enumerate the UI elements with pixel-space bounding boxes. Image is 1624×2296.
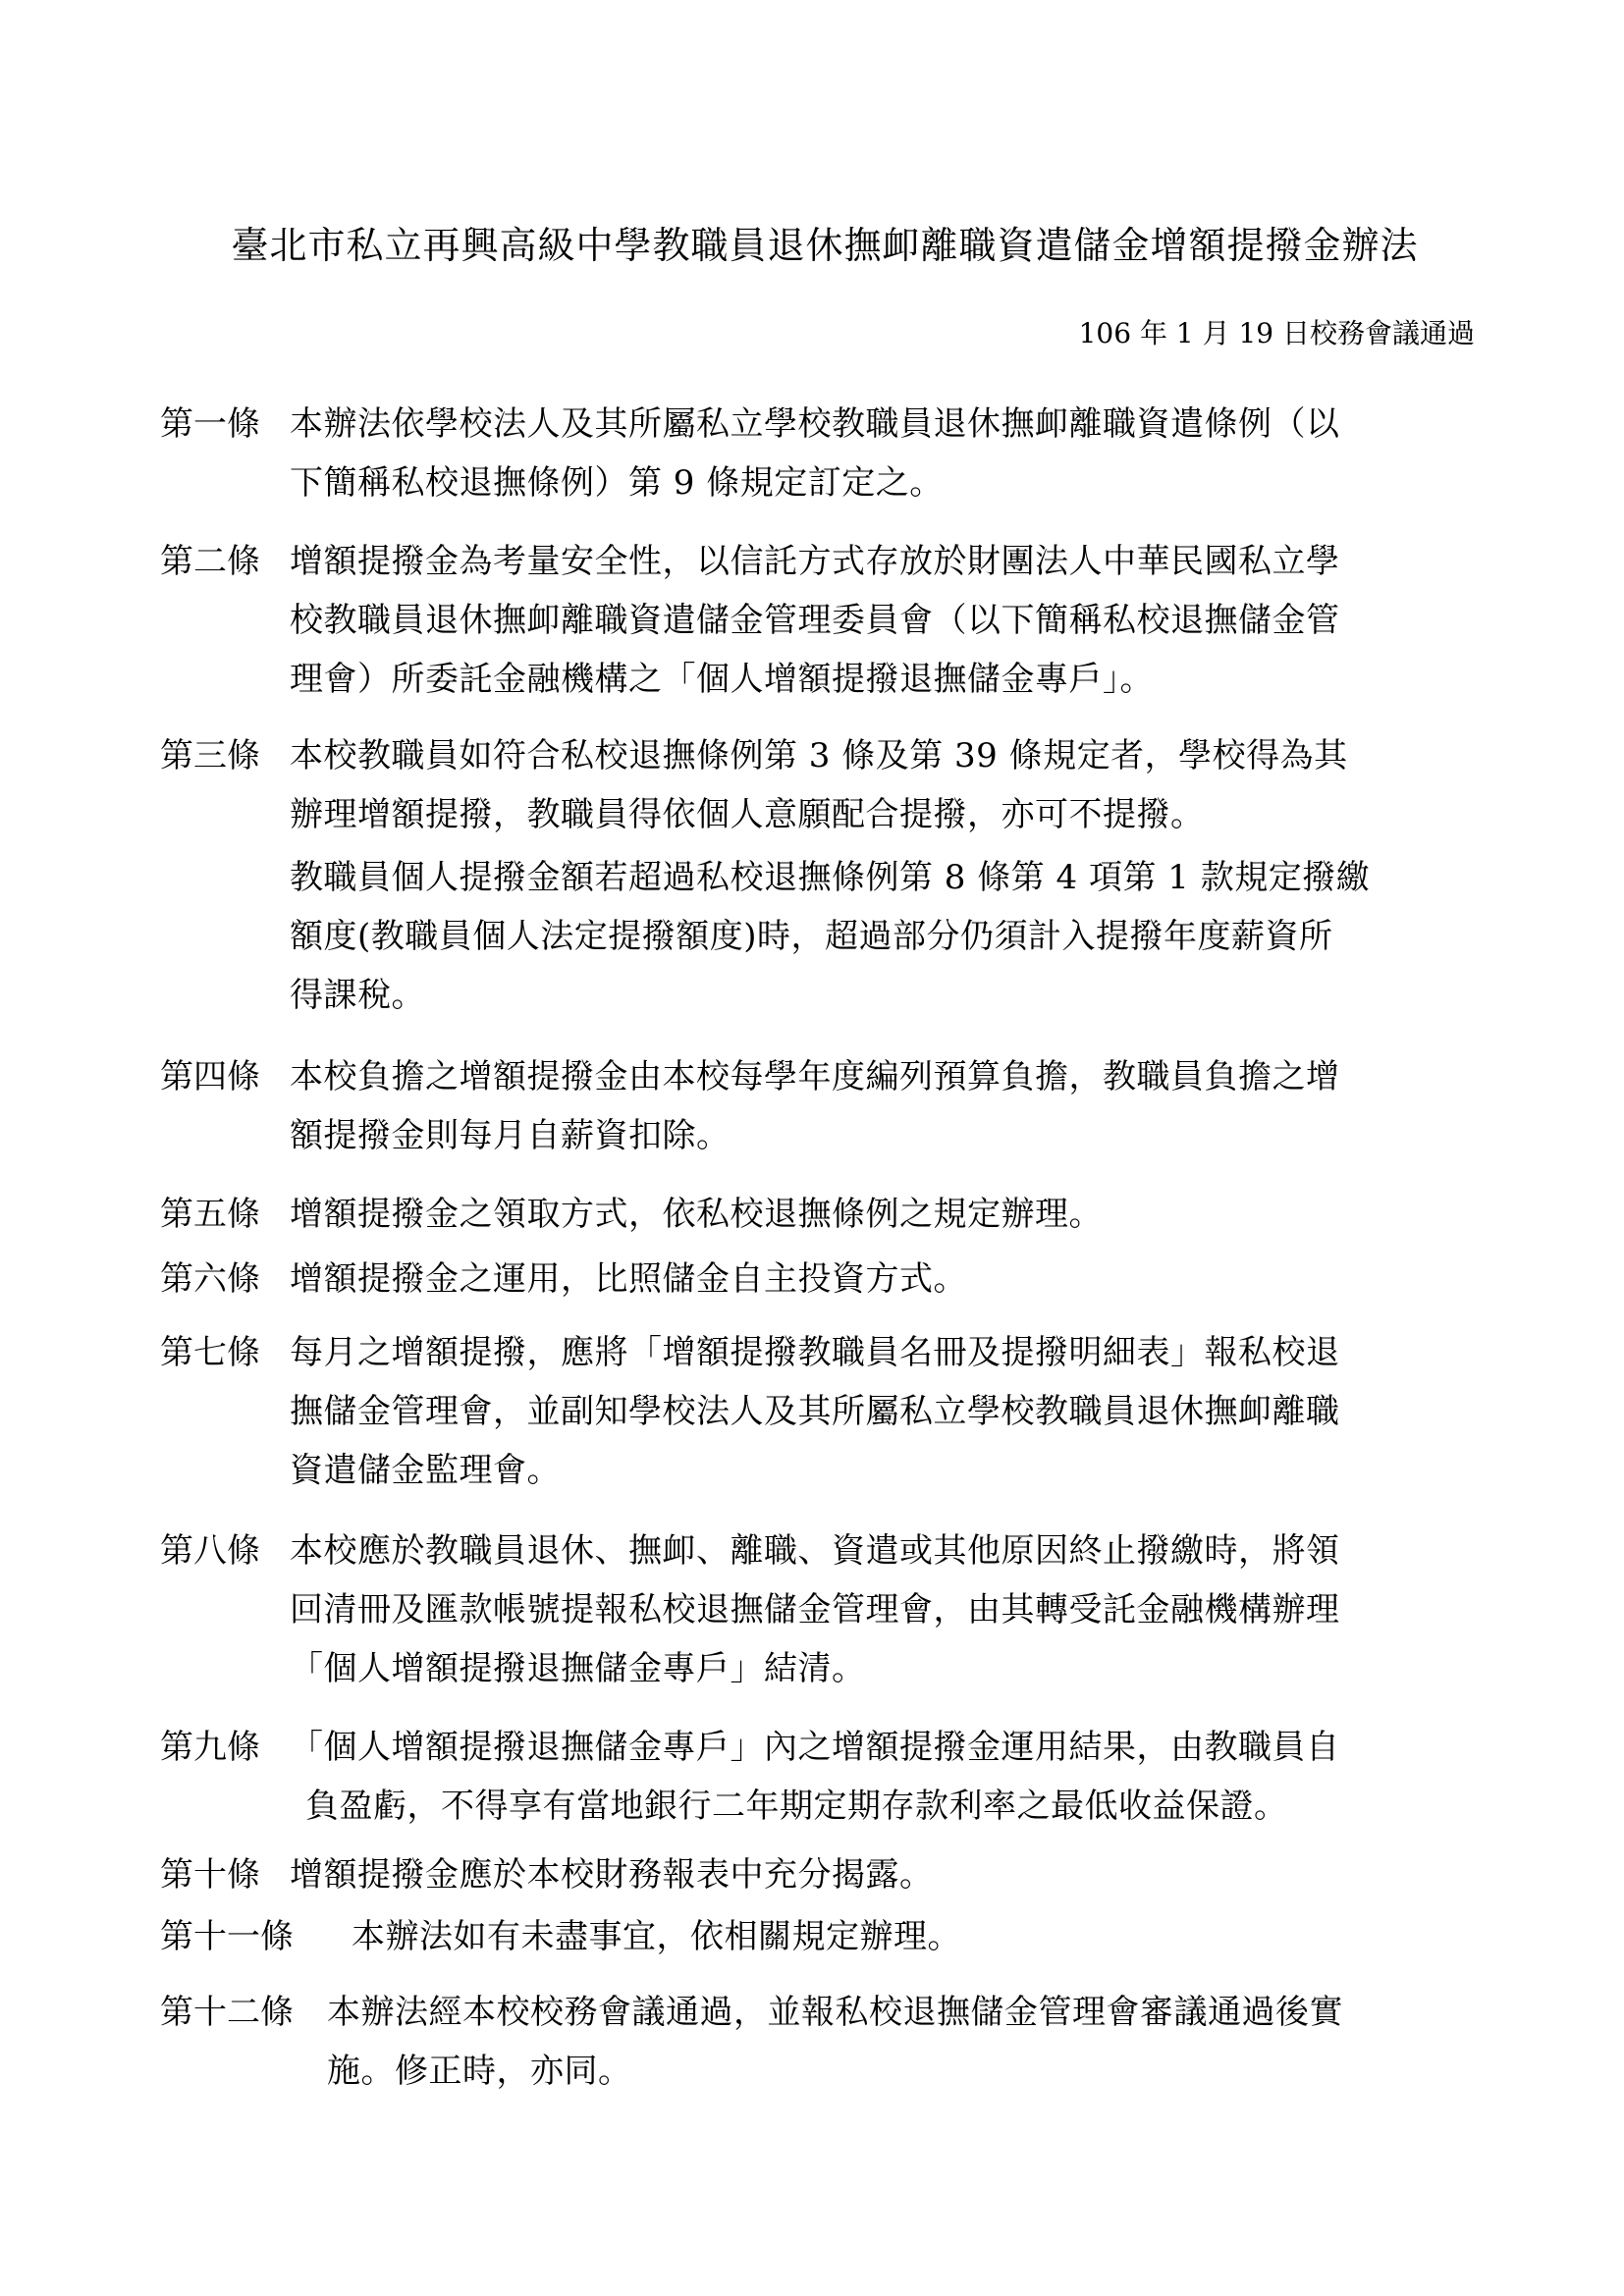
article-line: 本校負擔之增額提撥金由本校每學年度編列預算負擔，教職員負擔之增	[290, 1047, 1476, 1106]
article-body: 增額提撥金之領取方式，依私校退撫條例之規定辦理。	[290, 1185, 1476, 1244]
article-line: 增額提撥金之運用，比照儲金自主投資方式。	[290, 1250, 1476, 1308]
article-label: 第八條	[160, 1522, 260, 1580]
article-body: 本辦法如有未盡事宜，依相關規定辦理。	[352, 1907, 1476, 1966]
article-label: 第十二條	[160, 1983, 294, 2042]
article-line: 「個人增額提撥退撫儲金專戶」內之增額提撥金運用結果，由教職員自	[290, 1718, 1476, 1777]
article-body: 增額提撥金之運用，比照儲金自主投資方式。	[290, 1250, 1476, 1308]
article-12: 第十二條 本辦法經本校校務會議通過，並報私校退撫儲金管理會審議通過後實 施。修正…	[160, 1983, 1476, 2101]
article-4: 第四條 本校負擔之增額提撥金由本校每學年度編列預算負擔，教職員負擔之增 額提撥金…	[160, 1047, 1476, 1165]
article-body: 本辦法依學校法人及其所屬私立學校教職員退休撫卹離職資遣條例（以 下簡稱私校退撫條…	[290, 395, 1476, 512]
article-line: 額提撥金則每月自薪資扣除。	[290, 1106, 1476, 1165]
article-7: 第七條 每月之增額提撥，應將「增額提撥教職員名冊及提撥明細表」報私校退 撫儲金管…	[160, 1323, 1476, 1500]
article-1: 第一條 本辦法依學校法人及其所屬私立學校教職員退休撫卹離職資遣條例（以 下簡稱私…	[160, 395, 1476, 512]
article-body: 「個人增額提撥退撫儲金專戶」內之增額提撥金運用結果，由教職員自 負盈虧，不得享有…	[290, 1718, 1476, 1836]
article-label: 第二條	[160, 532, 260, 591]
article-label: 第九條	[160, 1718, 260, 1777]
article-line: 本辦法經本校校務會議通過，並報私校退撫儲金管理會審議通過後實	[327, 1983, 1476, 2042]
article-3: 第三條 本校教職員如符合私校退撫條例第 3 條及第 39 條規定者，學校得為其 …	[160, 726, 1476, 1025]
article-11: 第十一條 本辦法如有未盡事宜，依相關規定辦理。	[160, 1907, 1476, 1966]
article-line: 額度(教職員個人法定提撥額度)時，超過部分仍須計入提撥年度薪資所	[290, 907, 1476, 966]
article-2: 第二條 增額提撥金為考量安全性，以信託方式存放於財團法人中華民國私立學 校教職員…	[160, 532, 1476, 709]
article-label: 第七條	[160, 1323, 260, 1382]
article-line: 本校教職員如符合私校退撫條例第 3 條及第 39 條規定者，學校得為其	[290, 726, 1476, 785]
article-5: 第五條 增額提撥金之領取方式，依私校退撫條例之規定辦理。	[160, 1185, 1476, 1244]
article-line: 增額提撥金之領取方式，依私校退撫條例之規定辦理。	[290, 1185, 1476, 1244]
article-line: 得課稅。	[290, 966, 1476, 1025]
article-line: 負盈虧，不得享有當地銀行二年期定期存款利率之最低收益保證。	[305, 1777, 1476, 1836]
article-line: 回清冊及匯款帳號提報私校退撫儲金管理會，由其轉受託金融機構辦理	[290, 1580, 1476, 1639]
article-label: 第三條	[160, 726, 260, 785]
article-line: 「個人增額提撥退撫儲金專戶」結清。	[290, 1639, 1476, 1698]
article-line: 校教職員退休撫卹離職資遣儲金管理委員會（以下簡稱私校退撫儲金管	[290, 591, 1476, 650]
article-body: 本校負擔之增額提撥金由本校每學年度編列預算負擔，教職員負擔之增 額提撥金則每月自…	[290, 1047, 1476, 1165]
approval-date: 106 年 1 月 19 日校務會議通過	[1079, 312, 1475, 355]
article-label: 第四條	[160, 1047, 260, 1106]
article-label: 第一條	[160, 395, 260, 454]
article-label: 第五條	[160, 1185, 260, 1244]
article-line: 下簡稱私校退撫條例）第 9 條規定訂定之。	[290, 454, 1476, 512]
article-body: 增額提撥金為考量安全性，以信託方式存放於財團法人中華民國私立學 校教職員退休撫卹…	[290, 532, 1476, 709]
article-line: 理會）所委託金融機構之「個人增額提撥退撫儲金專戶」。	[290, 650, 1476, 709]
article-body: 本校應於教職員退休、撫卹、離職、資遣或其他原因終止撥繳時，將領 回清冊及匯款帳號…	[290, 1522, 1476, 1698]
article-line: 資遣儲金監理會。	[290, 1441, 1476, 1500]
article-line: 辦理增額提撥，教職員得依個人意願配合提撥，亦可不提撥。	[290, 785, 1476, 844]
article-label: 第六條	[160, 1250, 260, 1308]
document-title: 臺北市私立再興高級中學教職員退休撫卹離職資遣儲金增額提撥金辦法	[177, 218, 1473, 273]
article-body: 本校教職員如符合私校退撫條例第 3 條及第 39 條規定者，學校得為其 辦理增額…	[290, 726, 1476, 1025]
article-body: 增額提撥金應於本校財務報表中充分揭露。	[290, 1845, 1476, 1904]
article-6: 第六條 增額提撥金之運用，比照儲金自主投資方式。	[160, 1250, 1476, 1308]
article-10: 第十條 增額提撥金應於本校財務報表中充分揭露。	[160, 1845, 1476, 1904]
article-line: 撫儲金管理會，並副知學校法人及其所屬私立學校教職員退休撫卹離職	[290, 1382, 1476, 1441]
article-line: 本辦法如有未盡事宜，依相關規定辦理。	[352, 1907, 1476, 1966]
article-line: 施。修正時，亦同。	[327, 2042, 1476, 2101]
article-body: 每月之增額提撥，應將「增額提撥教職員名冊及提撥明細表」報私校退 撫儲金管理會，並…	[290, 1323, 1476, 1500]
article-body: 本辦法經本校校務會議通過，並報私校退撫儲金管理會審議通過後實 施。修正時，亦同。	[327, 1983, 1476, 2101]
article-label: 第十一條	[160, 1907, 294, 1966]
article-8: 第八條 本校應於教職員退休、撫卹、離職、資遣或其他原因終止撥繳時，將領 回清冊及…	[160, 1522, 1476, 1698]
article-line: 增額提撥金為考量安全性，以信託方式存放於財團法人中華民國私立學	[290, 532, 1476, 591]
article-label: 第十條	[160, 1845, 260, 1904]
article-line: 增額提撥金應於本校財務報表中充分揭露。	[290, 1845, 1476, 1904]
article-line: 教職員個人提撥金額若超過私校退撫條例第 8 條第 4 項第 1 款規定撥繳	[290, 848, 1476, 907]
article-line: 本校應於教職員退休、撫卹、離職、資遣或其他原因終止撥繳時，將領	[290, 1522, 1476, 1580]
article-line: 本辦法依學校法人及其所屬私立學校教職員退休撫卹離職資遣條例（以	[290, 395, 1476, 454]
article-line: 每月之增額提撥，應將「增額提撥教職員名冊及提撥明細表」報私校退	[290, 1323, 1476, 1382]
article-9: 第九條 「個人增額提撥退撫儲金專戶」內之增額提撥金運用結果，由教職員自 負盈虧，…	[160, 1718, 1476, 1836]
